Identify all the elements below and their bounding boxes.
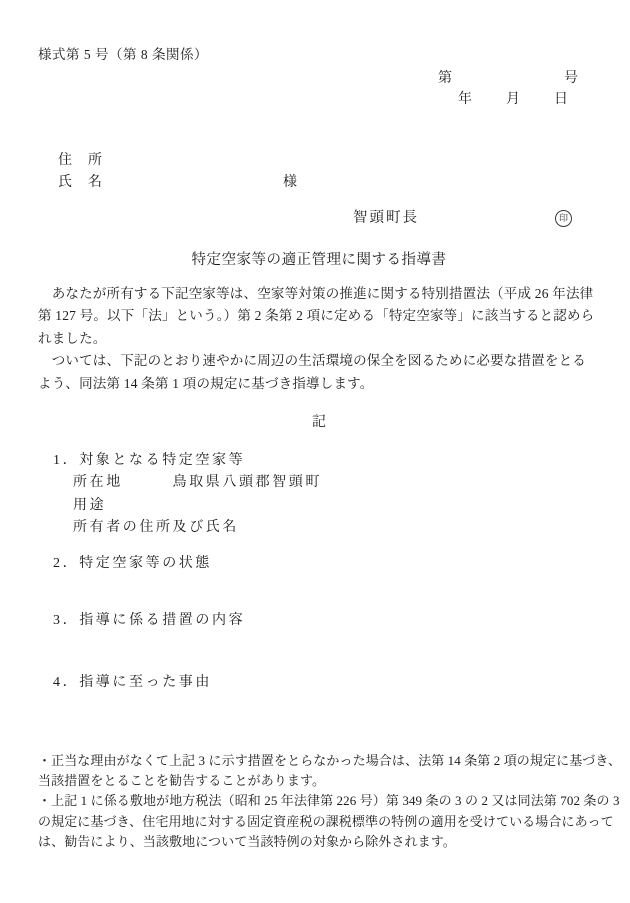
recipient-address-label: 住 所 bbox=[58, 150, 600, 172]
footer-notes: ・正当な理由がなくて上記 3 に示す措置をとらなかった場合は、法第 14 条第 … bbox=[38, 751, 600, 852]
sender-row: 智頭町長 印 bbox=[38, 207, 600, 229]
section-marker: 記 bbox=[38, 412, 600, 434]
item-measures: 3．指導に係る措置の内容 bbox=[53, 610, 600, 632]
item-detail-owner: 所有者の住所及び氏名 bbox=[73, 517, 600, 539]
document-number-line: 第 号 bbox=[38, 68, 600, 89]
note-line: は、勧告により、当該敷地について当該特例の対象から除外されます。 bbox=[38, 832, 600, 852]
note-line: 当該措置をとることを勧告することがあります。 bbox=[38, 771, 600, 791]
seal-icon: 印 bbox=[555, 210, 572, 227]
document-page: 様式第 5 号（第 8 条関係） 第 号 年 月 日 住 所 氏 名様 智頭町長… bbox=[0, 0, 630, 903]
recipient-name-label: 氏 名 bbox=[58, 175, 103, 190]
date-line: 年 月 日 bbox=[38, 89, 600, 110]
body-line: あなたが所有する下記空家等は、空家等対策の推進に関する特別措置法（平成 26 年… bbox=[38, 283, 600, 305]
body-line: よう、同法第 14 条第 1 項の規定に基づき指導します。 bbox=[38, 373, 600, 395]
sender-title: 智頭町長 bbox=[353, 207, 419, 229]
note-line: の規定に基づき、住宅用地に対する固定資産税の課税標準の特例の適用を受けている場合… bbox=[38, 812, 600, 832]
item-details: 所在地 鳥取県八頭郡智頭町 用途 所有者の住所及び氏名 bbox=[73, 472, 600, 539]
item-list: 1．対象となる特定空家等 所在地 鳥取県八頭郡智頭町 用途 所有者の住所及び氏名… bbox=[53, 450, 600, 695]
recipient-block: 住 所 氏 名様 bbox=[58, 150, 600, 194]
body-paragraphs: あなたが所有する下記空家等は、空家等対策の推進に関する特別措置法（平成 26 年… bbox=[38, 283, 600, 395]
body-line: れました。 bbox=[38, 328, 600, 350]
recipient-honorific: 様 bbox=[283, 175, 298, 190]
document-title: 特定空家等の適正管理に関する指導書 bbox=[38, 249, 600, 271]
item-reason: 4．指導に至った事由 bbox=[53, 672, 600, 694]
note-line: ・正当な理由がなくて上記 3 に示す措置をとらなかった場合は、法第 14 条第 … bbox=[38, 751, 600, 771]
item-detail-location: 所在地 鳥取県八頭郡智頭町 bbox=[73, 472, 600, 494]
item-target-vacant-house: 1．対象となる特定空家等 所在地 鳥取県八頭郡智頭町 用途 所有者の住所及び氏名 bbox=[53, 450, 600, 540]
body-line: ついては、下記のとおり速やかに周辺の生活環境の保全を図るために必要な措置をとる bbox=[38, 350, 600, 372]
body-line: 第 127 号。以下「法」という。）第 2 条第 2 項に定める「特定空家等」に… bbox=[38, 305, 600, 327]
form-number: 様式第 5 号（第 8 条関係） bbox=[38, 46, 600, 64]
note-line: ・上記 1 に係る敷地が地方税法（昭和 25 年法律第 226 号）第 349 … bbox=[38, 791, 600, 811]
item-detail-usage: 用途 bbox=[73, 495, 600, 517]
item-condition: 2．特定空家等の状態 bbox=[53, 553, 600, 575]
recipient-name-line: 氏 名様 bbox=[58, 172, 600, 194]
item-heading: 1．対象となる特定空家等 bbox=[53, 450, 600, 472]
